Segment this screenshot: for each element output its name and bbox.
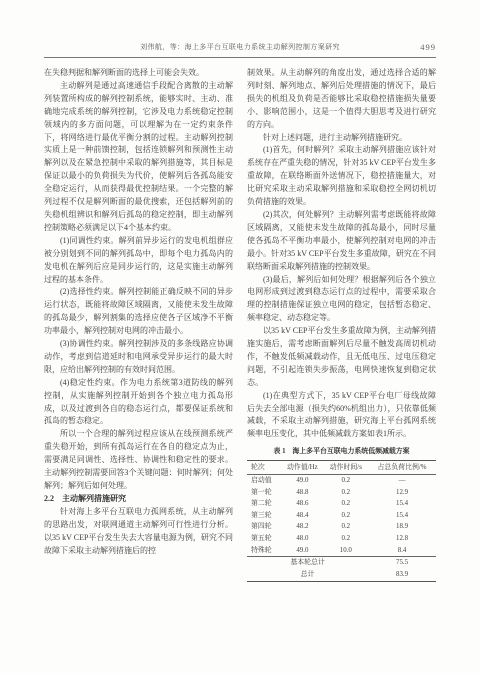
paragraph: (2)选择性约束。解列控制能正确反映不同的异步运行状态，既能将故障区域隔离，又能… <box>44 286 233 338</box>
summary-label: 基本轮总计 <box>247 557 368 569</box>
paragraph: (3)协调性约束。解列控制涉及的多条线路应协调动作，考虑到信道延时和电网承受异步… <box>44 338 233 377</box>
table-row: 特殊轮49.010.08.4 <box>247 545 436 557</box>
table-1-block: 表 1 海上多平台互联电力系统低频减载方案 轮次动作值/Hz动作时间/s占总负荷… <box>247 447 436 581</box>
table-cell: 第四轮 <box>247 522 281 534</box>
table-cell: 0.2 <box>324 510 369 522</box>
table-column-header: 轮次 <box>247 461 281 475</box>
summary-value: 75.5 <box>368 557 436 569</box>
table-cell: 0.2 <box>324 498 369 510</box>
paragraph: (3)最后，解列后如何处理？根据解列后各个独立电网形成到过渡到稳态运行点的过程中… <box>247 274 436 326</box>
summary-value: 83.9 <box>368 569 436 581</box>
section-heading: 2.2 主动解列措施研究 <box>44 493 233 506</box>
table-row: 启动值49.00.2— <box>247 475 436 487</box>
paragraph: (1)同调性约束。解列前异步运行的发电机组群应被分别划到不同的解列孤岛中，即每个… <box>44 235 233 287</box>
table-cell: 第二轮 <box>247 498 281 510</box>
table-cell: 48.2 <box>281 522 323 534</box>
table-caption: 表 1 海上多平台互联电力系统低频减载方案 <box>247 447 436 456</box>
paragraph: (1)首先，何时解列？采取主动解列措施应该针对系统存在严重失稳的情况，针对35 … <box>247 144 436 209</box>
two-column-body: 在失稳判据和解列断面的选择上可能会失效。主动解列是通过高速通信手段配合离散的主动… <box>44 67 436 582</box>
paragraph: 针对海上多平台互联电力孤网系统，从主动解列的思路出发，对联网通道主动解列可行性进… <box>44 506 233 558</box>
table-cell: 第五轮 <box>247 533 281 545</box>
table-cell: 49.0 <box>281 475 323 487</box>
table-row: 第四轮48.20.218.9 <box>247 522 436 534</box>
table-cell: 48.8 <box>281 487 323 499</box>
paragraph: 所以一个合理的解列过程应该从在线预测系统严重失稳开始，到所有孤岛运行在各自的稳定… <box>44 428 233 493</box>
table-cell: 49.0 <box>281 545 323 557</box>
table-column-header: 占总负荷比例/% <box>368 461 436 475</box>
table-cell: 12.9 <box>368 487 436 499</box>
table-row: 第二轮48.60.215.4 <box>247 498 436 510</box>
table-column-header: 动作值/Hz <box>281 461 323 475</box>
table-cell: 0.2 <box>324 475 369 487</box>
table-cell: 特殊轮 <box>247 545 281 557</box>
table-cell: 12.8 <box>368 533 436 545</box>
table-row: 第三轮48.40.215.4 <box>247 510 436 522</box>
summary-label: 总计 <box>247 569 368 581</box>
table-cell: 48.4 <box>281 510 323 522</box>
table-cell: 启动值 <box>247 475 281 487</box>
paragraph: 主动解列是通过高速通信手段配合离散的主动解列装置所构成的解列控制系统，能够实时、… <box>44 80 233 235</box>
table-cell: 15.4 <box>368 510 436 522</box>
paragraph: 制效果。从主动解列的角度出发，通过选择合适的解列时刻、解列地点、解列后处理措施的… <box>247 67 436 132</box>
header-title: 刘伟航，等：海上多平台互联电力系统主动解列控制方案研究 <box>140 42 340 52</box>
paragraph: 在失稳判据和解列断面的选择上可能会失效。 <box>44 67 233 80</box>
header-rule <box>44 54 436 58</box>
paragraph: 针对上述问题，进行主动解列措施研究。 <box>247 132 436 145</box>
table-body: 启动值49.00.2—第一轮48.80.212.9第二轮48.60.215.4第… <box>247 475 436 581</box>
running-header: 刘伟航，等：海上多平台互联电力系统主动解列控制方案研究 499 <box>44 42 436 54</box>
load-shedding-table: 轮次动作值/Hz动作时间/s占总负荷比例/% 启动值49.00.2—第一轮48.… <box>247 460 436 581</box>
table-cell: 8.4 <box>368 545 436 557</box>
table-cell: 第三轮 <box>247 510 281 522</box>
table-cell: 15.4 <box>368 498 436 510</box>
table-header-row: 轮次动作值/Hz动作时间/s占总负荷比例/% <box>247 461 436 475</box>
table-cell: 0.2 <box>324 533 369 545</box>
paragraph: (2)其次，何处解列？主动解列需考虑既能将故障区域隔离，又能使未发生故障的孤岛最… <box>247 209 436 274</box>
table-summary-row: 总计83.9 <box>247 569 436 581</box>
page-number: 499 <box>420 42 436 52</box>
paragraph: (4)稳定性约束。作为电力系统第3道防线的解列控制，从实施解列控制开始到各个独立… <box>44 377 233 429</box>
paper-page: 刘伟航，等：海上多平台互联电力系统主动解列控制方案研究 499 在失稳判据和解列… <box>0 0 480 673</box>
table-row: 第一轮48.80.212.9 <box>247 487 436 499</box>
paragraph: (1)在典型方式下，35 kV CEP平台电厂母线故障后失去全部电源（损失约60… <box>247 390 436 442</box>
table-cell: 第一轮 <box>247 487 281 499</box>
paragraph: 以35 kV CEP平台发生多重故障为例，主动解列措施实施后，需考虑断面解列后尽… <box>247 325 436 390</box>
table-summary-row: 基本轮总计75.5 <box>247 557 436 569</box>
right-column: 制效果。从主动解列的角度出发，通过选择合适的解列时刻、解列地点、解列后处理措施的… <box>247 67 436 582</box>
table-cell: 18.9 <box>368 522 436 534</box>
table-cell: 0.2 <box>324 487 369 499</box>
table-cell: 0.2 <box>324 522 369 534</box>
table-row: 第五轮48.00.212.8 <box>247 533 436 545</box>
table-cell: 48.6 <box>281 498 323 510</box>
table-cell: — <box>368 475 436 487</box>
table-cell: 10.0 <box>324 545 369 557</box>
left-column: 在失稳判据和解列断面的选择上可能会失效。主动解列是通过高速通信手段配合离散的主动… <box>44 67 233 582</box>
table-cell: 48.0 <box>281 533 323 545</box>
table-column-header: 动作时间/s <box>324 461 369 475</box>
